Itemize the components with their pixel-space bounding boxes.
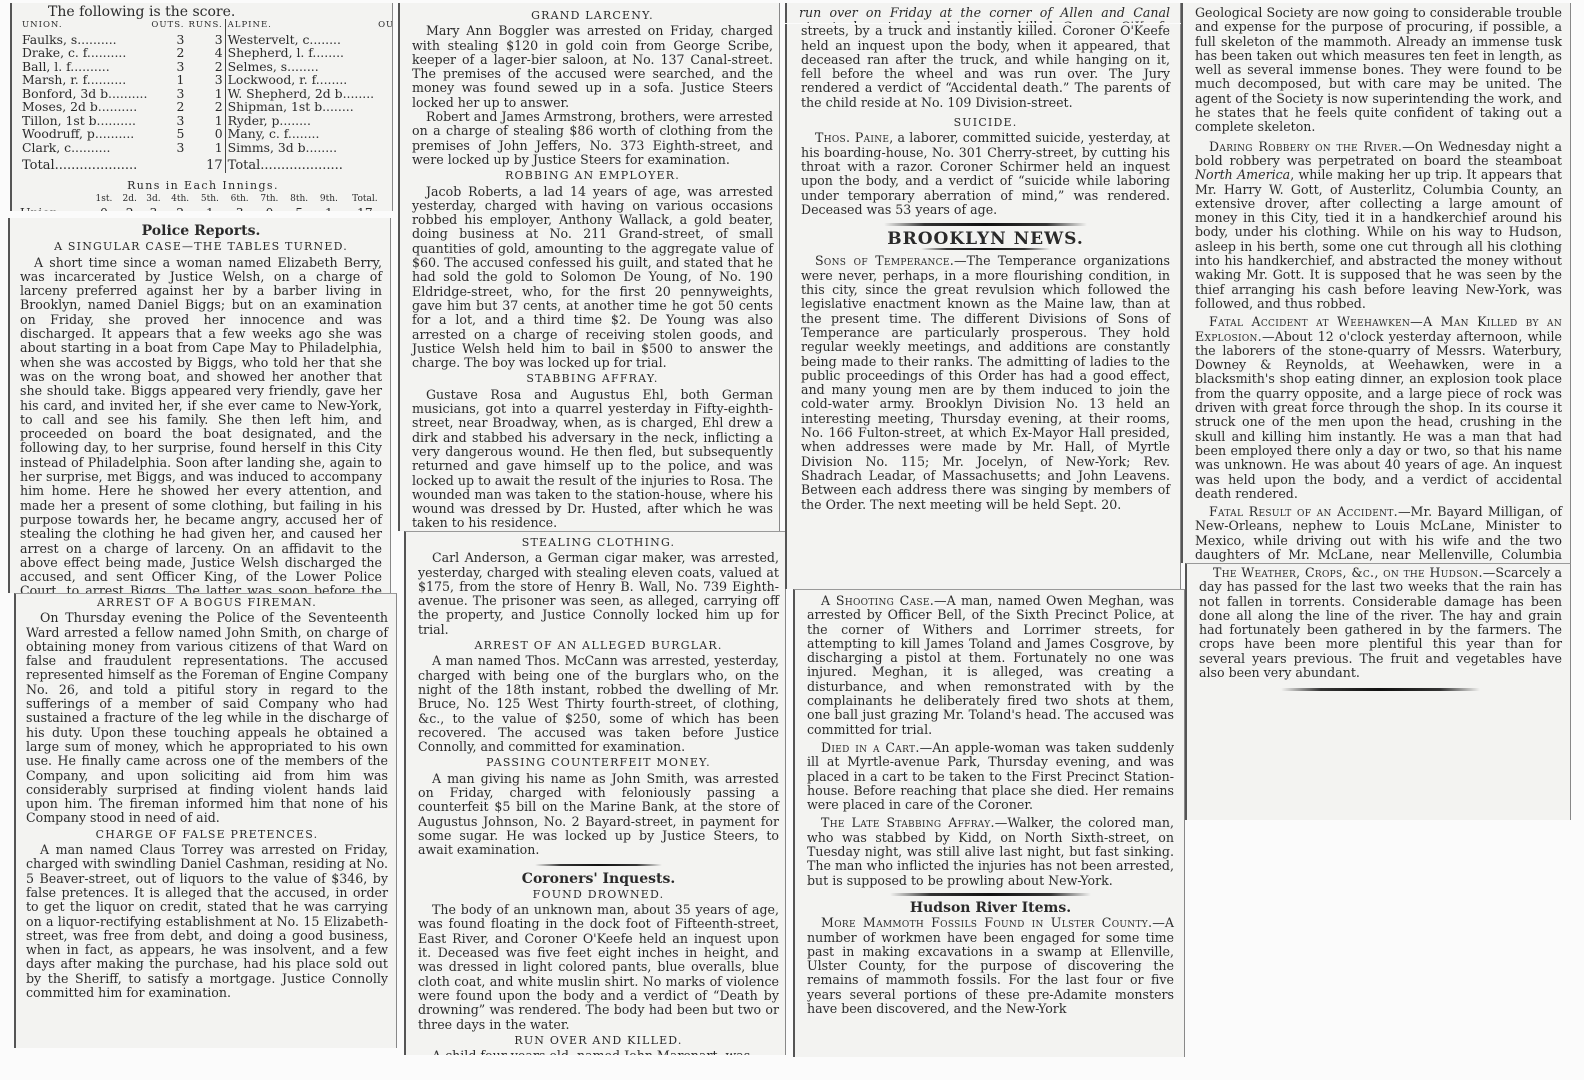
player-outs: 2 [149,100,186,114]
total-label: Total.................... [20,154,186,173]
player-runs: 3 [186,73,225,87]
article-headline: Run Over and Killed. [418,1034,779,1048]
article-headline: Passing Counterfeit Money. [418,756,779,770]
score-row: Clark, c..........31Simms, 3d b........2… [20,141,393,155]
article-lead: Sons of Temperance. [815,253,954,268]
player-runs: 4 [186,46,225,60]
divider-rule [884,223,1087,226]
article-body: The body of an unknown man, about 35 yea… [418,903,779,1032]
article-lead: A Shooting Case. [821,593,934,608]
article-lead: Died in a Cart. [821,740,920,755]
score-row: Ball, l. f..........32Selmes, s........3… [20,60,393,74]
article-lead: The Late Stabbing Affray. [821,815,995,830]
continued-text: run over on Friday at the corner of Alle… [799,5,1170,23]
column3-clipping: run over on Friday at the corner of Alle… [785,24,1181,589]
article-body: A man named Thos. McCann was arrested, y… [418,654,779,754]
player-name: Tillon, 1st b.......... [20,114,149,128]
outs-header: Outs. [149,19,186,33]
article-headline: Charge of False Pretences. [26,828,388,842]
score-row: Bonford, 3d b..........31W. Shepherd, 2d… [20,87,393,101]
article-text: —A number of workmen have been engaged f… [807,915,1174,1016]
total-label: Total.................... [225,154,393,173]
player-outs: 3 [376,127,393,141]
ship-name: North America [1195,167,1290,182]
coroners-inquests-title: Coroners' Inquests. [418,872,779,886]
article-text: —Scarcely a day has passed for the last … [1199,565,1562,680]
continued-text: run over on Friday at the corner of Alle… [801,24,1170,110]
union-total: 17 [186,154,225,173]
alpine-header: Alpine. [225,19,376,33]
score-row: Moses, 2d b..........22Shipman, 1st b...… [20,100,393,114]
column3-top-clipping: run over on Friday at the corner of Alle… [785,3,1181,23]
score-rows: Faulks, s..........33Westervelt, c......… [20,33,393,173]
article-body: Thos. Paine, a laborer, committed suicid… [801,131,1170,217]
continued-text-fragment: run over on Friday at the corner of Alle… [799,6,1170,23]
article-headline: Arrest of a Bogus Fireman. [26,596,388,610]
police-reports-clipping: Police Reports. A Singular Case—The Tabl… [8,218,391,593]
article-body: A Shooting Case.—A man, named Owen Megha… [807,594,1174,737]
article-body: A child four years old, named John Maren… [418,1049,779,1055]
inning-runs: 1 [314,206,344,211]
inning-runs: 0 [90,206,118,211]
article-body: Fatal Result of an Accident.—Mr. Bayard … [1195,505,1562,563]
article-body: Mary Ann Boggler was arrested on Friday,… [412,24,773,110]
article-lead: Fatal Result of an Accident. [1209,504,1398,519]
article-text: —A man, named Owen Meghan, was arrested … [807,593,1174,737]
score-row: Woodruff, p..........50Many, c. f.......… [20,127,393,141]
player-name: W. Shepherd, 2d b........ [225,87,376,101]
player-name: Lockwood, r. f........ [225,73,376,87]
player-name: Ryder, p........ [225,114,376,128]
inning-runs: 2 [118,206,142,211]
article-lead: More Mammoth Fossils Found in Ulster Cou… [821,915,1152,930]
player-outs: 2 [376,100,393,114]
player-name: Simms, 3d b........ [225,141,376,155]
player-name: Shepherd, l. f........ [225,46,376,60]
player-name: Many, c. f........ [225,127,376,141]
article-headline: Suicide. [801,116,1170,130]
player-outs: 1 [149,73,186,87]
player-outs: 3 [149,141,186,155]
article-text: , while making her up trip. It appears t… [1195,167,1562,311]
innings-table: 1st.2d.3d.4th.5th.6th.7th.8th.9th.Total.… [20,193,386,211]
article-headline: Grand Larceny. [412,9,773,23]
player-outs: 4 [376,87,393,101]
player-runs: 0 [186,127,225,141]
article-headline: Stabbing Affray. [412,372,773,386]
score-table: Union. Outs. Runs. Alpine. Outs. Runs. F… [20,19,393,173]
player-outs: 2 [149,46,186,60]
inning-runs: 5 [284,206,314,211]
article-body: Gustave Rosa and Augustus Ehl, both Germ… [412,388,773,531]
article-body: Robert and James Armstrong, brothers, we… [412,110,773,167]
player-name: Shipman, 1st b........ [225,100,376,114]
inning-runs: 2 [165,206,195,211]
article-headline: Stealing Clothing. [418,536,779,550]
player-runs: 1 [186,141,225,155]
player-outs: 5 [376,46,393,60]
article-body: Sons of Temperance.—The Temperance organ… [801,254,1170,511]
divider-rule [890,893,1092,896]
player-outs: 3 [376,73,393,87]
continued-text: Geological Society are now going to cons… [1195,6,1562,135]
article-body: Fatal Accident at Weehawken—A Man Killed… [1195,315,1562,501]
player-outs: 2 [376,141,393,155]
column3-lower-clipping: A Shooting Case.—A man, named Owen Megha… [793,589,1185,1057]
player-outs: 3 [149,33,186,47]
team-name: Union..... [20,206,90,211]
article-text: —The Temperance organizations were never… [801,253,1170,511]
inning-runs: 0 [255,206,285,211]
player-name: Moses, 2d b.......... [20,100,149,114]
player-outs: 5 [149,127,186,141]
article-body: Died in a Cart.—An apple-woman was taken… [807,741,1174,812]
hudson-river-items-title: Hudson River Items. [807,901,1174,915]
score-heading: The following is the score. [48,5,386,19]
article-headline: Robbing an Employer. [412,169,773,183]
player-outs: 3 [376,114,393,128]
article-lead: Daring Robbery on the River. [1209,139,1402,154]
player-name: Woodruff, p.......... [20,127,149,141]
player-runs: 3 [186,33,225,47]
player-runs: 1 [186,114,225,128]
player-outs: 2 [376,33,393,47]
score-row: Drake, c. f..........24Shepherd, l. f...… [20,46,393,60]
article-body: The Late Stabbing Affray.—Walker, the co… [807,816,1174,887]
score-total-row: Total....................17Total........… [20,154,393,173]
player-name: Faulks, s.......... [20,33,149,47]
column4-clipping: Geological Society are now going to cons… [1181,3,1571,563]
player-outs: 3 [149,60,186,74]
article-body: The Weather, Crops, &c., on the Hudson.—… [1199,566,1562,680]
score-row: Tillon, 1st b..........31Ryder, p.......… [20,114,393,128]
article-text: —About 12 o'clock yesterday afternoon, w… [1195,329,1562,501]
article-body: A man named Claus Torrey was arrested on… [26,843,388,1000]
article-body: A man giving his name as John Smith, was… [418,772,779,858]
article-headline: Found Drowned. [418,888,779,902]
player-name: Selmes, s........ [225,60,376,74]
player-name: Ball, l. f.......... [20,60,149,74]
player-name: Drake, c. f.......... [20,46,149,60]
brooklyn-news-title: BROOKLYN NEWS. [801,232,1170,246]
article-body: More Mammoth Fossils Found in Ulster Cou… [807,916,1174,1016]
article-lead: The Weather, Crops, &c., on the Hudson. [1213,565,1483,580]
runs-header: Runs. [186,19,225,33]
outs-header: Outs. [376,19,393,33]
article-body: Carl Anderson, a German cigar maker, was… [418,551,779,637]
player-runs: 1 [186,87,225,101]
player-runs: 2 [186,60,225,74]
innings-row: Union.....02321305117 [20,206,386,211]
inning-runs: 3 [225,206,255,211]
inning-runs: 1 [195,206,225,211]
score-clipping: The following is the score. Union. Outs.… [10,3,393,211]
player-outs: 3 [149,114,186,128]
inning-runs: 3 [142,206,166,211]
player-outs: 3 [149,87,186,101]
article-lead: Thos. Paine [815,130,889,145]
player-name: Marsh, r. f.......... [20,73,149,87]
column2-lower-clipping: Stealing Clothing.Carl Anderson, a Germa… [404,531,786,1055]
divider-rule [535,864,661,866]
divider-rule [1281,688,1481,691]
article-headline: Arrest of an Alleged Burglar. [418,639,779,653]
player-name: Clark, c.......... [20,141,149,155]
innings-title: Runs in Each Innings. [20,179,386,193]
article-headline: A Singular Case—The Tables Turned. [20,240,382,254]
union-header: Union. [20,19,149,33]
score-row: Faulks, s..........33Westervelt, c......… [20,33,393,47]
player-name: Bonford, 3d b.......... [20,87,149,101]
police-reports-continued-clipping: Arrest of a Bogus Fireman. On Thursday e… [14,593,397,1048]
player-name: Westervelt, c........ [225,33,376,47]
article-body: Jacob Roberts, a lad 14 years of age, wa… [412,185,773,371]
column4-lower-clipping: The Weather, Crops, &c., on the Hudson.—… [1185,563,1571,820]
article-body: Daring Robbery on the River.—On Wednesda… [1195,140,1562,312]
score-row: Marsh, r. f..........13Lockwood, r. f...… [20,73,393,87]
article-body: A short time since a woman named Elizabe… [20,256,382,593]
column2-clipping: Grand Larceny.Mary Ann Boggler was arres… [398,3,780,531]
player-outs: 3 [376,60,393,74]
player-runs: 2 [186,100,225,114]
police-reports-title: Police Reports. [20,224,382,238]
inning-runs: 17 [344,206,386,211]
article-body: On Thursday evening the Police of the Se… [26,611,388,825]
